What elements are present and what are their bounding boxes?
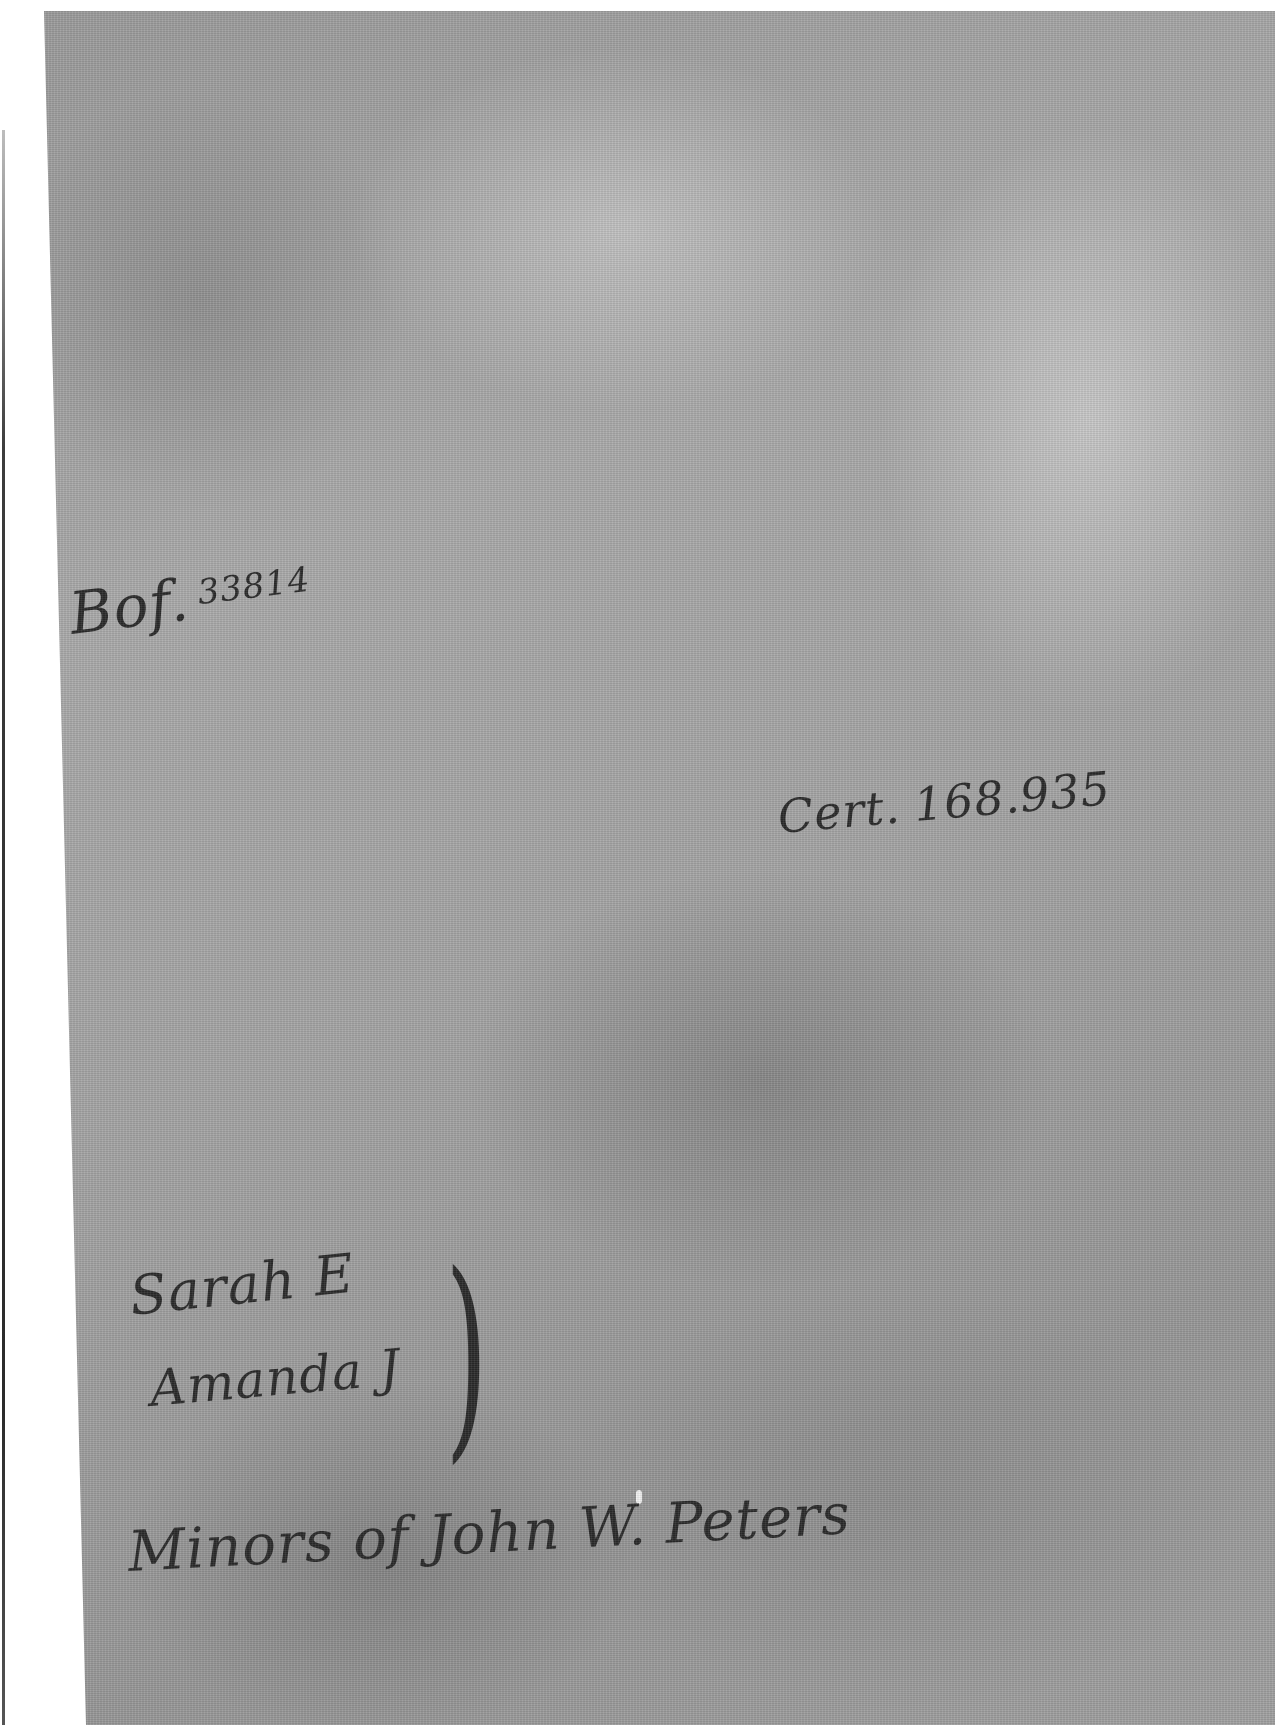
grouping-brace: ) [445, 1245, 488, 1465]
bof-number: 33814 [195, 560, 312, 613]
claimant-name-amanda: Amanda J [147, 1338, 402, 1418]
certificate-number-annotation: Cert.168.935 [776, 761, 1113, 844]
bof-number-annotation: Bof.33814 [66, 551, 315, 648]
cert-label: Cert. [776, 779, 903, 843]
relation-line: Minors of John W. Peters [126, 1482, 852, 1585]
bof-label: Bof. [66, 566, 193, 648]
cert-number: 168.935 [912, 761, 1113, 832]
scan-edge-line [2, 130, 5, 1725]
scanned-page: Bof.33814 Cert.168.935 Sarah E Amanda J … [0, 0, 1275, 1725]
claimant-names-block: Sarah E Amanda J ) [110, 1255, 530, 1465]
claimant-name-sarah: Sarah E [127, 1242, 358, 1328]
